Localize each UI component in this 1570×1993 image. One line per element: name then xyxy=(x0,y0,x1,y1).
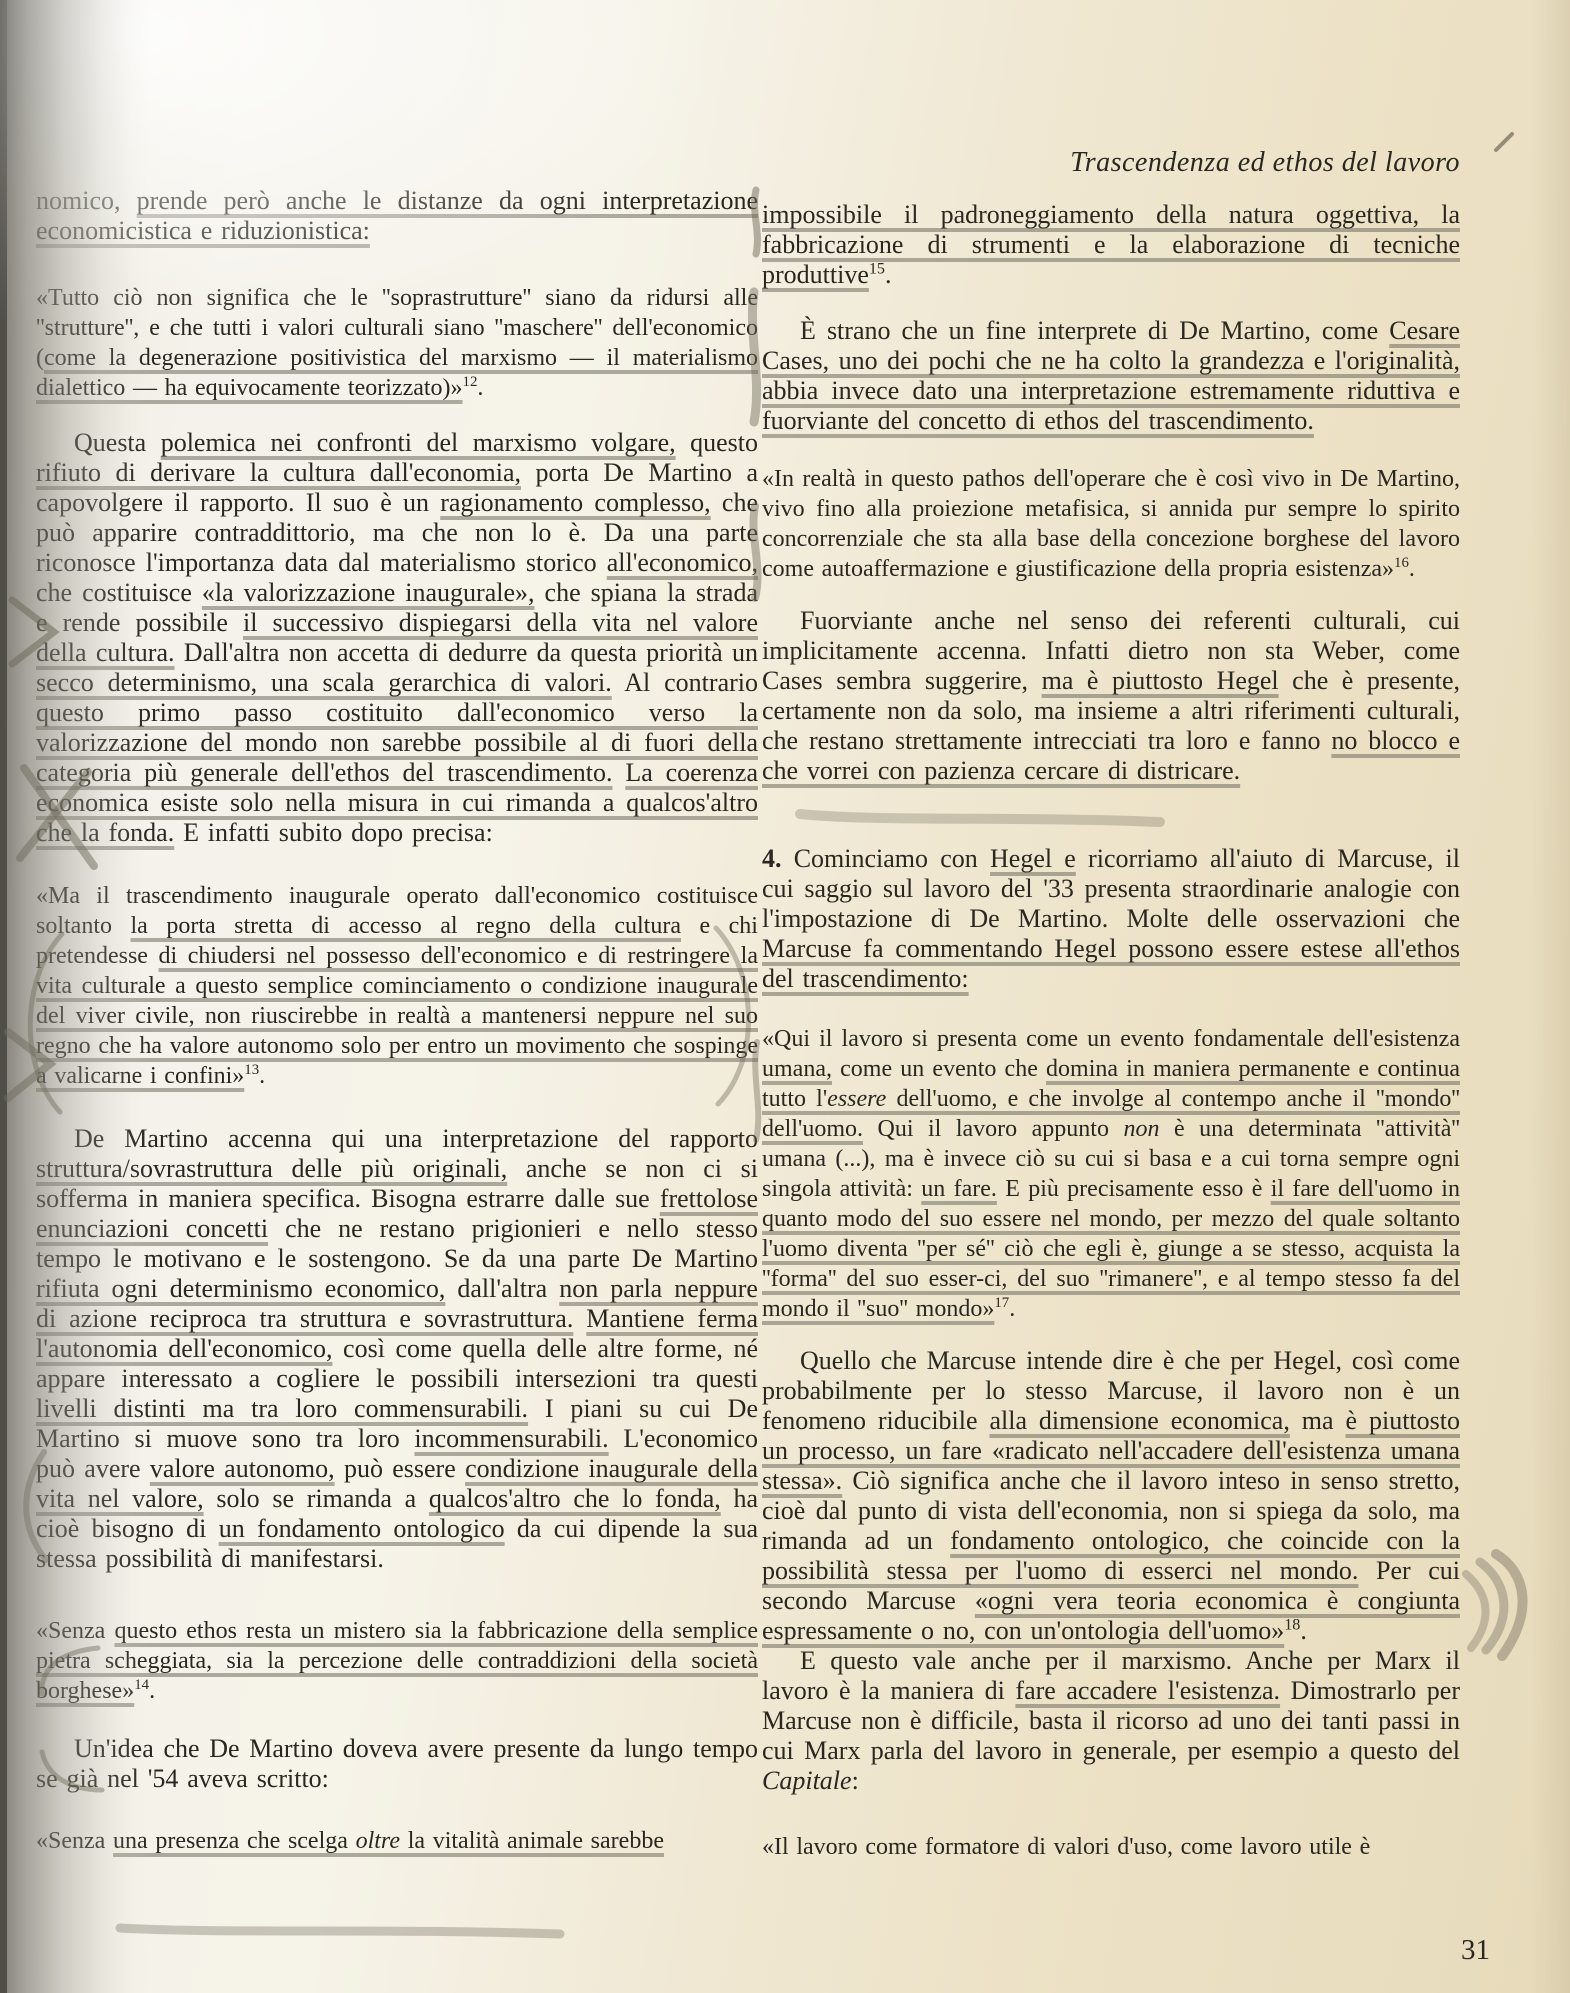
text-segment: 13 xyxy=(244,1062,259,1078)
text-segment: nomico, xyxy=(36,186,137,215)
text-segment: che costituisce xyxy=(36,578,202,607)
left-text-column: nomico, prende però anche le distanze da… xyxy=(36,186,758,1856)
text-segment: . xyxy=(477,375,483,401)
text-segment: 18 xyxy=(1284,1616,1300,1633)
text-segment xyxy=(612,758,625,787)
text-segment: Hegel e xyxy=(990,844,1076,873)
text-segment xyxy=(573,1304,586,1333)
text-segment: questo xyxy=(676,428,758,457)
text-segment: Capitale xyxy=(762,1766,852,1795)
text-segment: essere xyxy=(827,1086,886,1112)
paragraph: 4. Cominciamo con Hegel e ricorriamo all… xyxy=(762,844,1460,994)
text-segment: De Martino accenna qui una interpretazio… xyxy=(74,1124,758,1153)
text-segment: all'economico, xyxy=(607,548,758,577)
text-segment: impossibile il padroneggiamento della na… xyxy=(762,200,1460,289)
text-segment: 4. xyxy=(762,844,782,873)
pencil-swirl-mark xyxy=(1466,1574,1486,1648)
text-segment: Al contrario xyxy=(612,668,758,697)
block-quote: «Tutto ciò non significa che le ''sopras… xyxy=(36,283,758,403)
paragraph: Quello che Marcuse intende dire è che pe… xyxy=(762,1346,1460,1646)
text-segment: «Qui il lavoro si presenta come un event… xyxy=(762,1026,1460,1052)
text-segment: rifiuto di derivare la cultura dall'econ… xyxy=(36,458,521,487)
text-segment: : xyxy=(852,1766,859,1795)
scan-edge-strip xyxy=(0,0,7,1993)
text-segment: alla dimensione economica, xyxy=(989,1406,1289,1435)
text-segment: un fondamento ontologico xyxy=(219,1514,505,1543)
text-segment: struttura/sovrastruttura delle più origi… xyxy=(36,1154,507,1183)
text-segment: 17 xyxy=(994,1295,1009,1311)
text-segment: «Senza xyxy=(36,1618,114,1644)
text-segment: qualcos'altro che lo fonda, xyxy=(429,1484,721,1513)
text-segment: Qui il lavoro appunto xyxy=(863,1116,1123,1142)
text-segment: Cominciamo con xyxy=(782,844,991,873)
paragraph: Fuorviante anche nel senso dei referenti… xyxy=(762,606,1460,786)
paragraph: Un'idea che De Martino doveva avere pres… xyxy=(36,1734,758,1794)
text-segment: . xyxy=(885,260,892,289)
text-segment: valore autonomo, xyxy=(150,1454,335,1483)
text-segment: 14 xyxy=(134,1677,149,1693)
text-segment: 15 xyxy=(869,260,885,277)
page-number: 31 xyxy=(1400,1934,1490,1967)
pen-stroke-top-right xyxy=(1496,134,1512,150)
text-segment: umana, xyxy=(762,1056,832,1082)
text-segment: livelli distinti ma tra loro commensurab… xyxy=(36,1394,528,1423)
paragraph: E questo vale anche per il marxismo. Anc… xyxy=(762,1646,1460,1796)
paragraph: De Martino accenna qui una interpretazio… xyxy=(36,1124,758,1574)
text-segment: ragionamento complesso, xyxy=(440,488,710,517)
text-segment: . xyxy=(259,1063,265,1089)
scanned-book-page: Trascendenza ed ethos del lavoro nomico,… xyxy=(0,0,1570,1993)
paragraph: Questa polemica nei confronti del marxis… xyxy=(36,428,758,848)
text-segment: la vitalità animale sarebbe xyxy=(400,1828,664,1854)
block-quote: «Qui il lavoro si presenta come un event… xyxy=(762,1024,1460,1324)
text-segment: un fare. xyxy=(921,1176,997,1202)
running-header: Trascendenza ed ethos del lavoro xyxy=(764,146,1460,180)
text-segment: dall'altra xyxy=(445,1274,559,1303)
text-segment: «Senza xyxy=(36,1828,113,1854)
text-segment: «Il lavoro come formatore di valori d'us… xyxy=(762,1834,1370,1860)
block-quote: «In realtà in questo pathos dell'operare… xyxy=(762,464,1460,584)
page-right-shade xyxy=(1530,0,1570,1993)
pencil-swirl-mark xyxy=(1480,1562,1504,1650)
block-quote: «Ma il trascendimento inaugurale operato… xyxy=(36,881,758,1091)
right-text-column: impossibile il padroneggiamento della na… xyxy=(762,200,1460,1862)
text-segment: polemica nei confronti del marxismo volg… xyxy=(161,428,676,457)
paragraph: È strano che un fine interprete di De Ma… xyxy=(762,316,1460,436)
text-segment: Questa xyxy=(74,428,161,457)
text-segment: . xyxy=(1009,1296,1015,1322)
text-segment: Dall'altra non accetta di dedurre da que… xyxy=(175,638,759,667)
block-quote: «Senza una presenza che scelga oltre la … xyxy=(36,1826,758,1856)
text-segment: fare accadere l'esistenza. xyxy=(1015,1676,1280,1705)
text-segment: ma è piuttosto Hegel xyxy=(1042,666,1279,695)
block-quote: «Senza questo ethos resta un mistero sia… xyxy=(36,1616,758,1706)
paragraph: nomico, prende però anche le distanze da… xyxy=(36,186,758,246)
text-segment: E più precisamente esso è xyxy=(997,1176,1271,1202)
text-segment: . xyxy=(149,1678,155,1704)
text-segment: È strano che un fine interprete di De Ma… xyxy=(800,316,1389,345)
text-segment: secco determinismo, una scala gerarchica… xyxy=(36,668,612,697)
text-segment: incommensurabili. xyxy=(414,1424,608,1453)
text-segment: rifiuta ogni determinismo economico, xyxy=(36,1274,445,1303)
text-segment: 16 xyxy=(1394,555,1409,571)
text-segment: E infatti subito dopo precisa: xyxy=(174,818,493,847)
text-segment: solo se rimanda a xyxy=(204,1484,429,1513)
paragraph: impossibile il padroneggiamento della na… xyxy=(762,200,1460,290)
text-segment: 12 xyxy=(463,374,478,390)
text-segment: . xyxy=(1409,556,1415,582)
text-segment: Un'idea che De Martino doveva avere pres… xyxy=(36,1734,758,1793)
pencil-swirl-mark xyxy=(1496,1554,1523,1656)
text-segment: oltre xyxy=(356,1828,400,1854)
text-segment: ma xyxy=(1290,1406,1346,1435)
text-segment: come la degenerazione positivistica del … xyxy=(36,345,758,401)
block-quote: «Il lavoro come formatore di valori d'us… xyxy=(762,1832,1460,1862)
text-segment: «In realtà in questo pathos dell'operare… xyxy=(762,466,1460,582)
text-segment: . xyxy=(1300,1616,1307,1645)
pencil-smudge-underline xyxy=(120,1928,560,1934)
text-segment: la porta stretta di accesso al regno del… xyxy=(131,913,682,939)
text-segment: Marcuse fa commentando Hegel possono ess… xyxy=(762,934,1460,993)
text-segment: prende però anche le distanze da ogni in… xyxy=(36,186,758,245)
text-segment: non xyxy=(1123,1116,1159,1142)
text-segment: può essere xyxy=(335,1454,465,1483)
text-segment: come un evento che xyxy=(832,1056,1046,1082)
text-segment: «la valorizzazione inaugurale», xyxy=(202,578,535,607)
text-segment: una presenza che scelga xyxy=(113,1828,356,1854)
